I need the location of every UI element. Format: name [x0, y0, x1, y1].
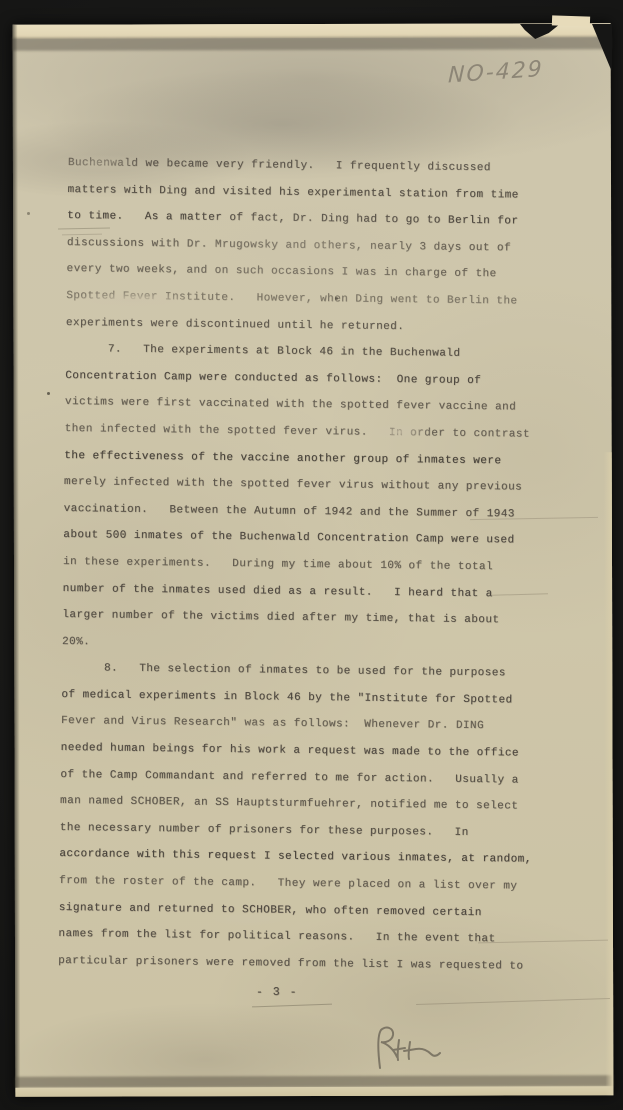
typed-body: Buchenwald we became very friendly. I fr… [58, 150, 568, 980]
scan-background: NO-429 Buchenwald we became very friendl… [0, 0, 623, 1110]
scan-shadow-band-top [13, 36, 611, 51]
paper-bottom-edge [15, 1086, 613, 1097]
torn-paper-flap [552, 15, 590, 26]
paper-specks [47, 392, 50, 395]
handwritten-signature-scribble [372, 1024, 444, 1072]
page-number: - 3 - [256, 986, 298, 999]
paper-left-edge-shadow [13, 25, 21, 1097]
